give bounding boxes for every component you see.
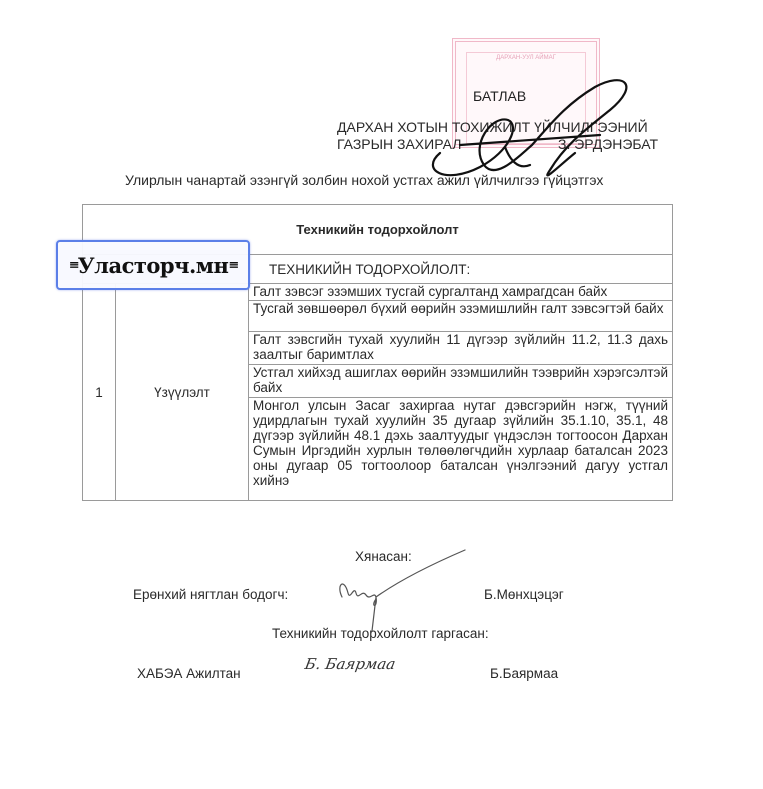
wing-left-icon: ≡: [69, 258, 78, 273]
requirement-item: Монгол улсын Засаг захиргаа нутаг дэвсгэ…: [249, 398, 673, 501]
requirement-item: Устгал хийхэд ашиглах өөрийн эзэмшилийн …: [249, 365, 673, 398]
director-signature: [400, 75, 660, 185]
document-subtitle: Улирлын чанартай эзэнгүй золбин нохой ус…: [125, 172, 603, 188]
watermark-text: Уласторч.мн: [78, 253, 229, 278]
reviewer-signature: [330, 545, 480, 635]
reviewer-name: Б.Мөнхцэцэг: [484, 587, 564, 602]
row-category: Үзүүлэлт: [116, 284, 249, 501]
prepared-label: Техникийн тодорхойлолт гаргасан:: [272, 626, 489, 641]
preparer-signature: Б. Баярмаа: [303, 655, 397, 673]
reviewer-title: Ерөнхий нягтлан бодогч:: [133, 587, 288, 602]
wing-right-icon: ≡: [228, 258, 237, 273]
row-number: 1: [83, 284, 116, 501]
preparer-title: ХАБЭА Ажилтан: [137, 666, 241, 681]
table-subheading: ТЕХНИКИЙН ТОДОРХОЙЛОЛТ:: [249, 255, 673, 284]
preparer-name: Б.Баярмаа: [490, 666, 558, 681]
requirement-item: Галт зэвсгийн тухай хуулийн 11 дүгээр зү…: [249, 332, 673, 365]
watermark-badge: ≡ Уласторч.мн ≡: [56, 240, 250, 290]
stamp-title: ДАРХАН-УУЛ АЙМАГ: [467, 55, 585, 61]
requirement-item: Тусгай зөвшөөрөл бүхий өөрийн эзэмишлийн…: [249, 301, 673, 332]
requirement-item: Галт зэвсэг эзэмших тусгай сургалтанд ха…: [249, 284, 673, 301]
